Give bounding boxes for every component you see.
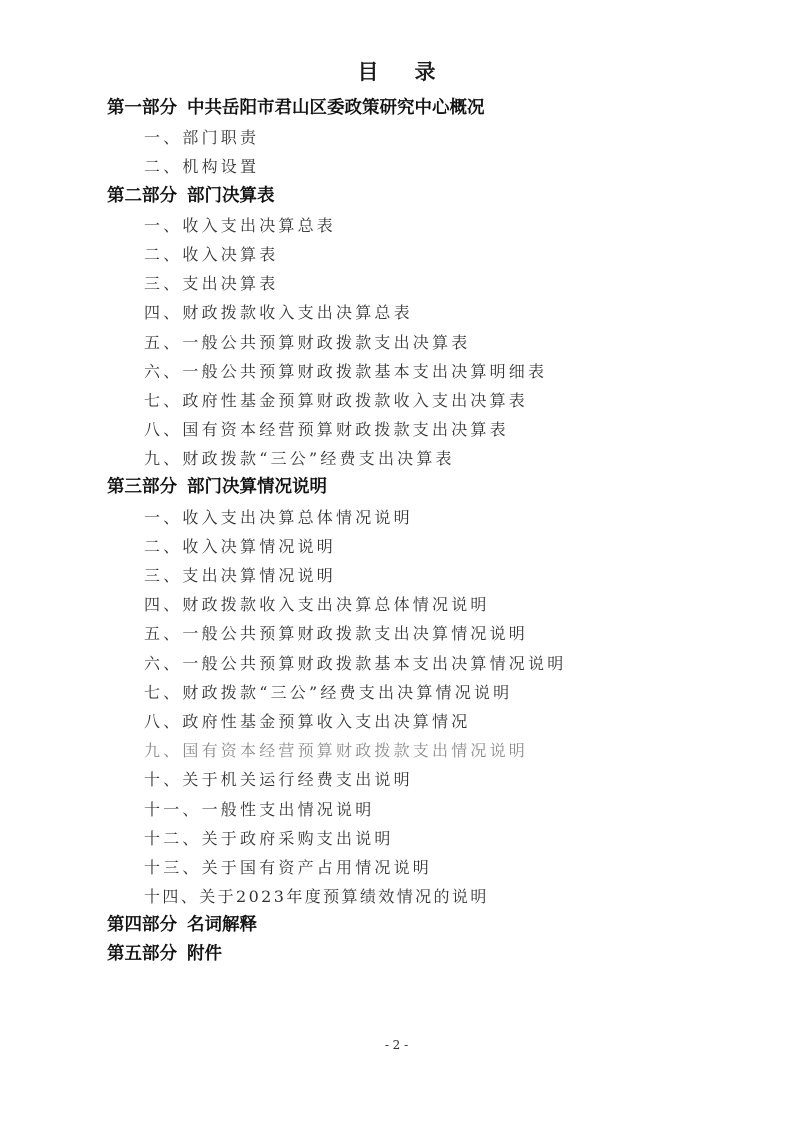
toc-item[interactable]: 十一、一般性支出情况说明: [107, 795, 753, 824]
title-char-2: 录: [415, 60, 436, 84]
toc-part-3[interactable]: 第三部分部门决算情况说明: [107, 473, 753, 502]
toc-item[interactable]: 十三、关于国有资产占用情况说明: [107, 853, 753, 882]
toc-item[interactable]: 二、收入决算情况说明: [107, 532, 753, 561]
toc-item[interactable]: 六、一般公共预算财政拨款基本支出决算情况说明: [107, 649, 753, 678]
part-title: 名词解释: [187, 915, 257, 935]
toc-item[interactable]: 五、一般公共预算财政拨款支出决算表: [107, 328, 753, 357]
toc-item[interactable]: 一、部门职责: [107, 123, 753, 152]
part-title: 部门决算表: [187, 186, 275, 206]
toc-item[interactable]: 四、财政拨款收入支出决算总体情况说明: [107, 590, 753, 619]
toc-part-4[interactable]: 第四部分名词解释: [107, 911, 753, 940]
toc-item[interactable]: 七、政府性基金预算财政拨款收入支出决算表: [107, 386, 753, 415]
toc-item[interactable]: 二、收入决算表: [107, 240, 753, 269]
table-of-contents: 第一部分中共岳阳市君山区委政策研究中心概况 一、部门职责 二、机构设置 第二部分…: [107, 94, 753, 970]
toc-item[interactable]: 八、国有资本经营预算财政拨款支出决算表: [107, 415, 753, 444]
toc-item[interactable]: 十四、关于2023年度预算绩效情况的说明: [107, 882, 753, 911]
toc-part-1[interactable]: 第一部分中共岳阳市君山区委政策研究中心概况: [107, 94, 753, 123]
title-char-1: 目: [358, 60, 379, 84]
toc-item[interactable]: 四、财政拨款收入支出决算总表: [107, 298, 753, 327]
toc-item[interactable]: 十二、关于政府采购支出说明: [107, 824, 753, 853]
part-label: 第三部分: [107, 477, 177, 497]
toc-item[interactable]: 一、收入支出决算总体情况说明: [107, 503, 753, 532]
part-title: 附件: [187, 944, 222, 964]
part-label: 第二部分: [107, 186, 177, 206]
page-number: - 2 -: [0, 1038, 793, 1052]
toc-item[interactable]: 一、收入支出决算总表: [107, 211, 753, 240]
part-title: 中共岳阳市君山区委政策研究中心概况: [187, 98, 485, 118]
toc-item[interactable]: 三、支出决算表: [107, 269, 753, 298]
part-label: 第四部分: [107, 915, 177, 935]
toc-item[interactable]: 五、一般公共预算财政拨款支出决算情况说明: [107, 619, 753, 648]
toc-title: 目录: [0, 56, 793, 86]
toc-part-2[interactable]: 第二部分部门决算表: [107, 182, 753, 211]
toc-item[interactable]: 三、支出决算情况说明: [107, 561, 753, 590]
part-title: 部门决算情况说明: [187, 477, 327, 497]
toc-item[interactable]: 七、财政拨款“三公”经费支出决算情况说明: [107, 678, 753, 707]
part-label: 第五部分: [107, 944, 177, 964]
toc-item[interactable]: 十、关于机关运行经费支出说明: [107, 765, 753, 794]
toc-item[interactable]: 九、财政拨款“三公”经费支出决算表: [107, 444, 753, 473]
part-label: 第一部分: [107, 98, 177, 118]
toc-item[interactable]: 六、一般公共预算财政拨款基本支出决算明细表: [107, 357, 753, 386]
toc-part-5[interactable]: 第五部分附件: [107, 940, 753, 969]
toc-item[interactable]: 八、政府性基金预算收入支出决算情况: [107, 707, 753, 736]
toc-item[interactable]: 九、国有资本经营预算财政拨款支出情况说明: [107, 736, 753, 765]
toc-item[interactable]: 二、机构设置: [107, 152, 753, 181]
